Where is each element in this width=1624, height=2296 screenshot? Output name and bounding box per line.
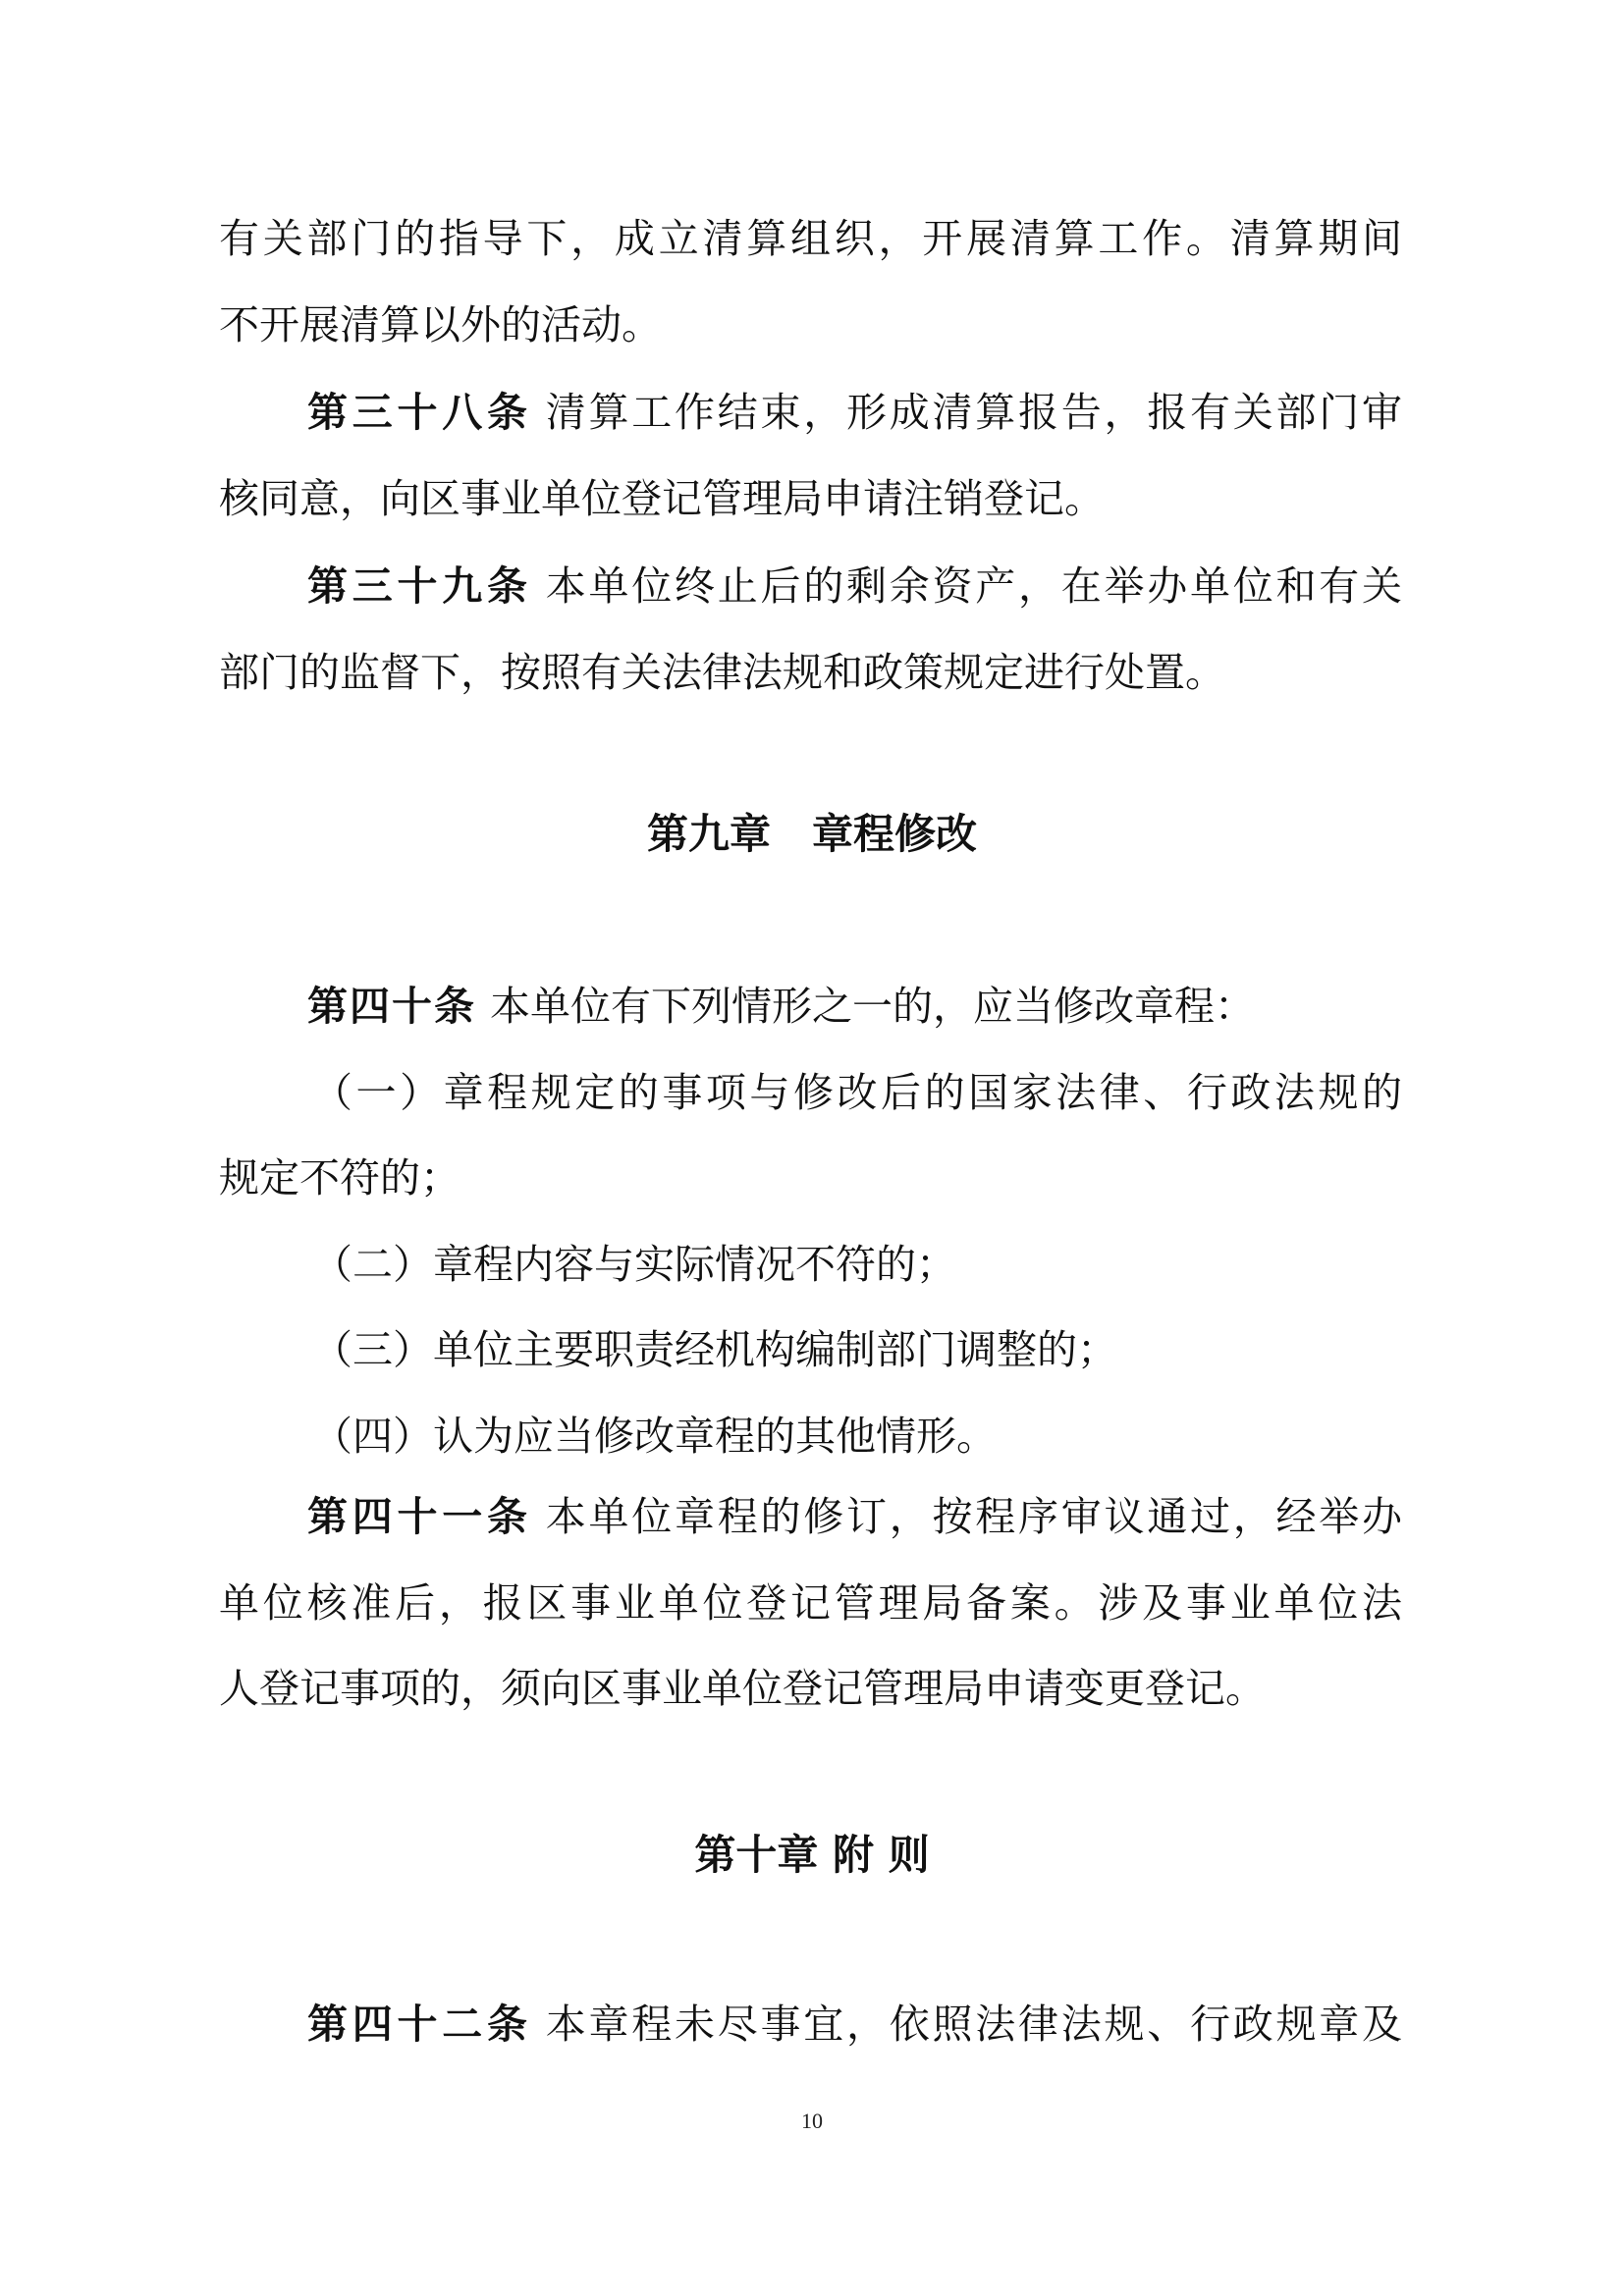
list-item: （三）单位主要职责经机构编制部门调整的； xyxy=(312,1320,1402,1379)
paragraph-line: 规定不符的； xyxy=(219,1148,1402,1207)
article-text: 清算工作结束，形成清算报告，报有关部门审 xyxy=(546,389,1402,436)
list-item: （二）章程内容与实际情况不符的； xyxy=(312,1235,1402,1294)
page-number: 10 xyxy=(0,2109,1624,2134)
article-40: 第四十条本单位有下列情形之一的，应当修改章程： xyxy=(307,977,1402,1036)
article-label: 第四十一条 xyxy=(307,1493,532,1540)
article-text: 本单位有下列情形之一的，应当修改章程： xyxy=(490,983,1255,1030)
list-item: （一）章程规定的事项与修改后的国家法律、行政法规的 xyxy=(312,1063,1402,1122)
article-38: 第三十八条清算工作结束，形成清算报告，报有关部门审 xyxy=(307,383,1402,442)
article-label: 第三十九条 xyxy=(307,562,532,610)
list-item: （四）认为应当修改章程的其他情形。 xyxy=(312,1407,1402,1466)
article-39: 第三十九条本单位终止后的剩余资产，在举办单位和有关 xyxy=(307,557,1402,615)
chapter-heading: 第十章 附 则 xyxy=(0,1826,1624,1885)
article-42: 第四十二条本章程未尽事宜，依照法律法规、行政规章及 xyxy=(307,1995,1402,2054)
paragraph-line: 不开展清算以外的活动。 xyxy=(219,295,1402,354)
article-text: 本单位章程的修订，按程序审议通过，经举办 xyxy=(546,1493,1402,1540)
document-page: 有关部门的指导下，成立清算组织，开展清算工作。清算期间 不开展清算以外的活动。 … xyxy=(0,0,1624,2296)
paragraph-line: 人登记事项的，须向区事业单位登记管理局申请变更登记。 xyxy=(219,1659,1402,1718)
article-label: 第四十条 xyxy=(307,983,476,1030)
chapter-heading: 第九章 章程修改 xyxy=(0,805,1624,864)
paragraph-line: 单位核准后，报区事业单位登记管理局备案。涉及事业单位法 xyxy=(219,1574,1402,1632)
article-text: 本单位终止后的剩余资产，在举办单位和有关 xyxy=(546,562,1402,610)
article-41: 第四十一条本单位章程的修订，按程序审议通过，经举办 xyxy=(307,1487,1402,1546)
paragraph-line: 核同意，向区事业单位登记管理局申请注销登记。 xyxy=(219,469,1402,528)
paragraph-line: 有关部门的指导下，成立清算组织，开展清算工作。清算期间 xyxy=(219,209,1402,268)
article-label: 第三十八条 xyxy=(307,389,532,436)
article-text: 本章程未尽事宜，依照法律法规、行政规章及 xyxy=(546,2001,1402,2048)
paragraph-line: 部门的监督下，按照有关法律法规和政策规定进行处置。 xyxy=(219,643,1402,702)
article-label: 第四十二条 xyxy=(307,2001,532,2048)
